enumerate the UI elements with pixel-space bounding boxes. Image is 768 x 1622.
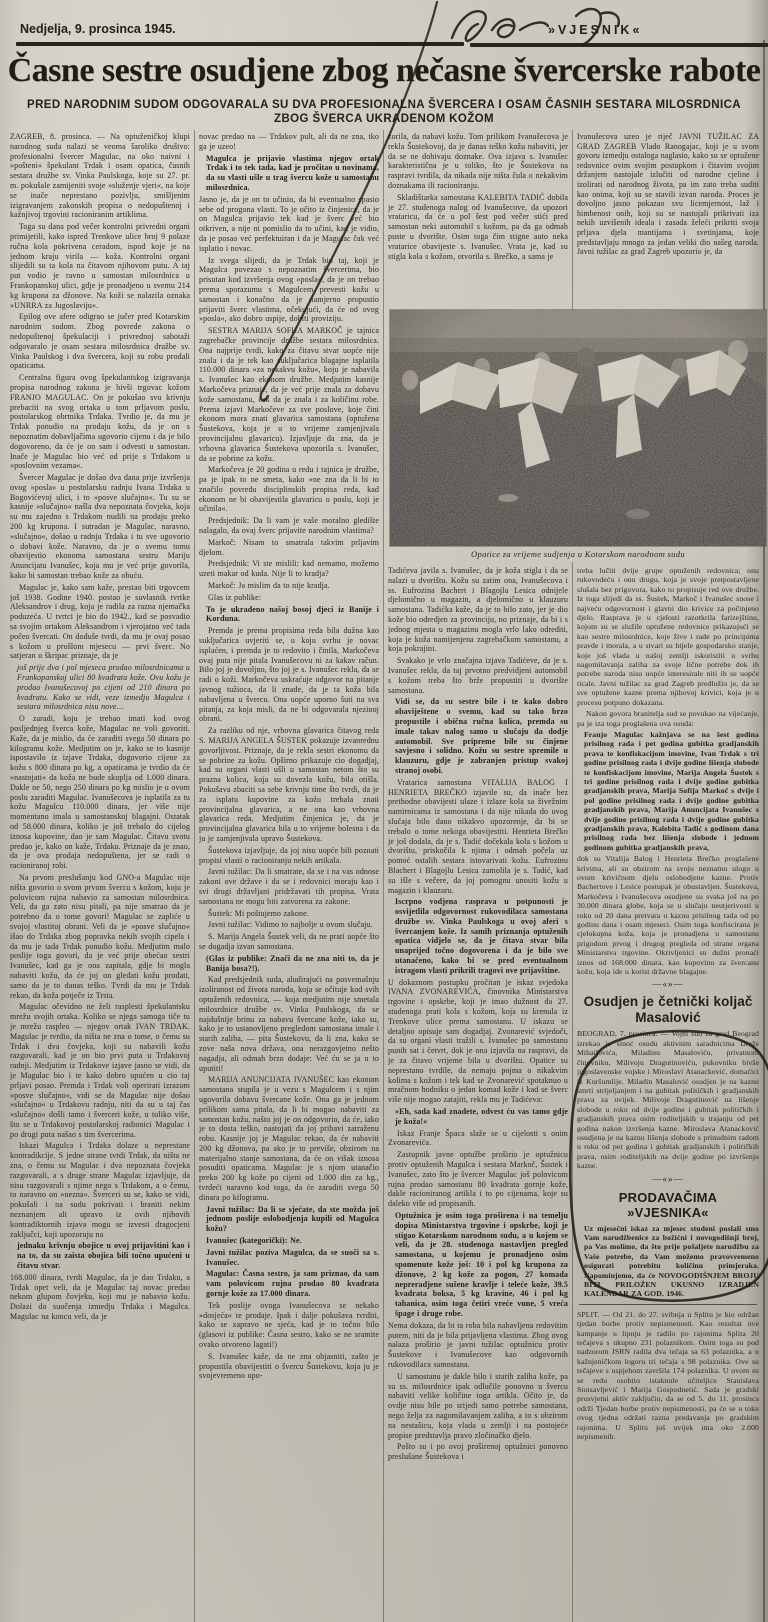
- paragraph: (Glas iz publike: Znači da ne zna niti t…: [199, 954, 379, 974]
- paragraph: Zastupnik javne optužbe proširio je optu…: [388, 1150, 568, 1209]
- paragraph: Pošto su i po ovoj proširenoj optužnici …: [388, 1442, 568, 1462]
- paragraph: Centralna figura ovog špekulantskog izig…: [10, 373, 190, 471]
- paragraph: »Eh, sada kad znadete, odvest ću vas tam…: [388, 1107, 568, 1127]
- paragraph: Iskazi Magulca i Trdaka dolaze u neprest…: [10, 1141, 190, 1239]
- section-heading: PRODAVAČIMA »VJESNIKA«: [577, 1190, 759, 1220]
- paragraph: Skladištarka samostana KALEBITA TADIĆ do…: [388, 193, 568, 262]
- subheadline: PRED NARODNIM SUDOM ODGOVARALA SU DVA PR…: [22, 99, 746, 126]
- paragraph: S. Ivanušec kaže, da ne zna objasniti, z…: [199, 1352, 379, 1381]
- paragraph: Epilog ove afere odigrao se jučer pred K…: [10, 312, 190, 371]
- paragraph: treba lučiti dvije grupe optuženih redov…: [577, 566, 759, 707]
- paragraph: 168.000 dinara, tvrdi Magulac, da je dao…: [10, 1273, 190, 1322]
- paragraph: zorila, da nabavi kožu. Tom prilikom Iva…: [388, 132, 568, 191]
- paragraph: Nakon govora branitelja sud se povukao n…: [577, 709, 759, 728]
- nuns-courtroom-photo-art: [390, 310, 766, 546]
- paragraph: O zaradi, koju je trebao imati kod ovog …: [10, 714, 190, 871]
- thin-rule: [579, 1304, 757, 1305]
- paragraph: Iscrpno vodjena rasprava u potpunosti je…: [388, 897, 568, 975]
- main-headline: Časne sestre osudjene zbog nečasne šverc…: [0, 52, 768, 90]
- masthead-rule-right: [470, 43, 768, 47]
- ornament-divider: —«»—: [577, 1174, 759, 1184]
- paragraph: Predsjednik: Vi ste mislili: kad nemamo,…: [199, 559, 379, 579]
- column-rule-3-lower: [572, 562, 573, 1622]
- paragraph: BEOGRAD, 7. prosinca. — Vojni sud za gra…: [577, 1029, 759, 1170]
- paragraph: Javni tužilac: Da li smatrate, da se i n…: [199, 867, 379, 906]
- paragraph: Magulac očevidno ne želi rasplesti špeku…: [10, 1002, 190, 1139]
- paragraph: Nema dokaza, da bi ta roba bila nabavlje…: [388, 1321, 568, 1370]
- paragraph: dok su Vitalija Balog i Henrieta Brečko …: [577, 854, 759, 976]
- photo-caption: Opatice za vrijeme sudjenja u Kotarskom …: [390, 549, 766, 559]
- paragraph: Jasno je, da je on to učinio, da bi even…: [199, 195, 379, 254]
- paragraph: Ivanušecova uzeo je riječ JAVNI TUŽILAC …: [577, 132, 759, 257]
- paragraph: Švercer Magulac je došao dva dana prije …: [10, 473, 190, 581]
- ornament-divider: —«»—: [577, 979, 759, 989]
- article-column-3-upper: zorila, da nabavi kožu. Tom prilikom Iva…: [388, 132, 568, 309]
- paragraph: Magulac je, kako sam kaže, prestao biti …: [10, 583, 190, 661]
- paragraph: Franjo Magulac kažnjava se na šest godin…: [577, 730, 759, 852]
- article-column-2: novac predao na — Trdakov pult, ali da n…: [199, 132, 379, 1620]
- paragraph: Šustek: Mi poštujemo zakone.: [199, 909, 379, 919]
- paragraph: Iz svega slijedi, da je Trdak bio taj, k…: [199, 256, 379, 325]
- column-rule-2: [383, 130, 384, 1622]
- paragraph: Vratarica samostana VITALIJA BALOG I HEN…: [388, 778, 568, 896]
- newspaper-page: Nedjelja, 9. prosinca 1945. »VJESNIK« Ča…: [0, 0, 768, 1622]
- paragraph: ZAGREB, 8. prosinca. — Na optuženičkoj k…: [10, 132, 190, 220]
- paragraph: S. Marija Angela Šustek veli, da ne prat…: [199, 932, 379, 952]
- paragraph: Svakako je vrlo značajna izjava Tadićeve…: [388, 656, 568, 695]
- article-column-4-lower: treba lučiti dvije grupe optuženih redov…: [577, 566, 759, 1620]
- paragraph: Za razliku od nje, vrhovna glavarica čit…: [199, 726, 379, 844]
- paragraph: novac predao na — Trdakov pult, ali da n…: [199, 132, 379, 152]
- section-heading: Osudjen je četnički koljač Masalović: [577, 994, 759, 1025]
- paragraph: Tadićeva javila s. Ivanušec, da je koža …: [388, 566, 568, 654]
- paragraph: Ivanušec (kategorički): Ne.: [199, 1236, 379, 1246]
- paragraph: Šustekova izjavljuje, da joj nisu uopće …: [199, 846, 379, 866]
- paragraph: Vidi se, da su sestre bile i te kako dob…: [388, 697, 568, 775]
- paragraph: Markočeva je 20 godina u redu i tajnica …: [199, 465, 379, 514]
- paragraph: Magulca je prijavio vlastima njegov orta…: [199, 154, 379, 193]
- paragraph: SESTRA MARIJA SOFIJA MARKOČ je tajnica z…: [199, 326, 379, 463]
- paragraph: Optužnica je osim toga proširena i na te…: [388, 1211, 568, 1319]
- page-edge-shadow: [763, 40, 765, 1622]
- paragraph: Iskaz Franje Špaca slaže se u cijelosti …: [388, 1129, 568, 1149]
- paragraph: Premda je prema propisima reda bila dužn…: [199, 626, 379, 724]
- paragraph: Tek poslije ovoga Ivanušecova se nekako …: [199, 1301, 379, 1350]
- paragraph: U dokaznom postupku pročitan je iskaz sv…: [388, 978, 568, 1105]
- paragraph: Markoč: Ja mislim da to nije kradja.: [199, 581, 379, 591]
- paragraph: SPLIT. — Od 21. do 27. svibnja u Splitu …: [577, 1310, 759, 1442]
- paragraph: U samostanu je dakle bilo i starih zalih…: [388, 1372, 568, 1441]
- publication-name: »VJESNIK«: [548, 23, 642, 37]
- paragraph: jednaku krivnju obojice u ovoj prijavšti…: [10, 1241, 190, 1270]
- paragraph: Markoč: Nisam to smatrala takvim prljavi…: [199, 538, 379, 558]
- article-column-3-lower: Tadićeva javila s. Ivanušec, da je koža …: [388, 566, 568, 1620]
- paragraph: Javni tužilac poziva Magulca, da se suoč…: [199, 1248, 379, 1268]
- paragraph: MARIJA ANUNCIJATA IVANUŠEC kao ekonom sa…: [199, 1075, 379, 1202]
- paragraph: Glas iz publike:: [199, 593, 379, 603]
- paragraph: Magulac: Časna sestro, ja sam priznao, d…: [199, 1269, 379, 1298]
- masthead-rule-left: [16, 42, 464, 46]
- paragraph: Toga su dana pod večer kontrolni privred…: [10, 222, 190, 310]
- paragraph: Kad predsjednik suda, aludirajući na pos…: [199, 975, 379, 1073]
- paragraph: Predsjednik: Da li vam je vaše moralno g…: [199, 516, 379, 536]
- column-rule-1: [194, 130, 195, 1622]
- paragraph: To je ukradeno našoj bosoj djeci iz Bani…: [199, 605, 379, 625]
- article-column-4-upper: Ivanušecova uzeo je riječ JAVNI TUŽILAC …: [577, 132, 759, 309]
- paragraph: još prije dva i pol mjeseca prodao milos…: [10, 663, 190, 712]
- paragraph: Javni tužilac: Vidimo to najbolje u ovom…: [199, 920, 379, 930]
- paragraph: Na prvom preslušanju kod GNO-a Magulac n…: [10, 873, 190, 1000]
- article-column-1: ZAGREB, 8. prosinca. — Na optuženičkoj k…: [10, 132, 190, 1620]
- column-rule-3-upper: [572, 130, 573, 310]
- trial-photo: [390, 310, 766, 546]
- paragraph: Uz mjesečni iskaz za mjesec studeni posl…: [577, 1224, 759, 1299]
- issue-date: Nedjelja, 9. prosinca 1945.: [20, 22, 176, 36]
- paragraph: Javni tužilac: Da li se sjećate, da ste …: [199, 1205, 379, 1234]
